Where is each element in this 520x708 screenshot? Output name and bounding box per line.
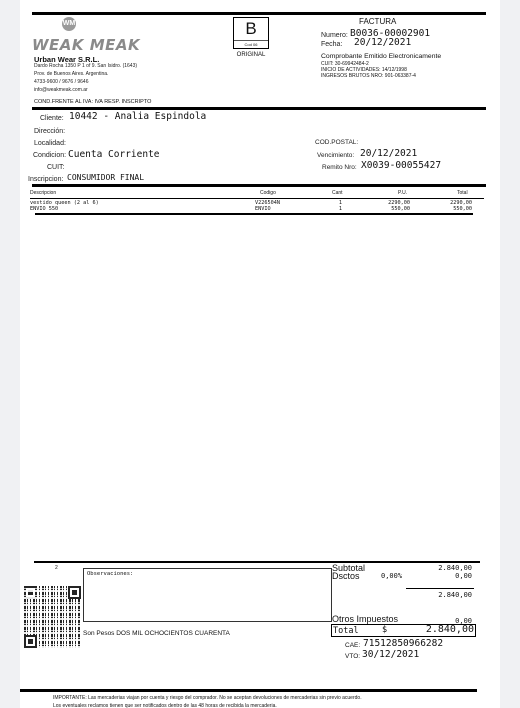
subtotal-value: 2.840,00 <box>420 564 472 572</box>
company-province: Prov. de Buenos Aires. Argentina. <box>34 71 108 77</box>
total-value: 2.840,00 <box>412 624 474 635</box>
net-rule <box>406 588 474 589</box>
company-email: info@weakmeak.com.ar <box>34 87 88 93</box>
discount-pct: 0,00% <box>381 572 402 580</box>
total-label: Total <box>333 626 359 636</box>
other-taxes-label: Otros Impuestos <box>332 615 398 623</box>
row-description: ENVIO 550 <box>30 206 58 212</box>
row-total: 550,00 <box>432 206 472 212</box>
client-top-rule <box>32 107 486 110</box>
net-value: 2.840,00 <box>420 591 472 599</box>
registration-value: CONSUMIDOR FINAL <box>67 173 144 182</box>
postal-label: COD.POSTAL: <box>315 139 358 146</box>
page-number: 2 <box>55 565 58 571</box>
col-header-code: Codigo <box>260 190 276 196</box>
rows-bottom-rule <box>35 213 473 215</box>
invoice-date: 20/12/2021 <box>354 37 411 48</box>
observations-box: Observaciones: <box>83 568 332 622</box>
copy-label: ORIGINAL <box>233 52 269 58</box>
gross-income: INGRESOS BRUTOS NRO: 901-063387-4 <box>321 73 416 79</box>
client-cuit-label: CUIT: <box>47 164 65 171</box>
col-header-qty: Cant <box>332 190 343 196</box>
qr-code[interactable] <box>24 586 81 648</box>
due-value: 20/12/2021 <box>360 148 417 159</box>
condition-value: Cuenta Corriente <box>68 149 160 160</box>
vto-label: VTO: <box>345 653 360 660</box>
header-rule <box>30 198 484 199</box>
remito-label: Remito Nro: <box>322 164 357 171</box>
invoice-type-box: B Cod 06 <box>233 17 269 49</box>
invoice-number-label: Numero: <box>321 32 348 39</box>
notice-rule <box>20 689 477 692</box>
row-unit-price: 550,00 <box>370 206 410 212</box>
client-label: Cliente: <box>40 115 64 122</box>
discount-label: Dsctos <box>332 572 360 580</box>
invoice-type-code: Cod 06 <box>234 40 268 48</box>
invoice-date-label: Fecha: <box>321 41 342 48</box>
registration-label: Inscripcion: <box>28 176 63 183</box>
company-address: Dardo Rocha 1350 P 1 of 9. San Isidro. (… <box>34 63 137 69</box>
notice-line-1: IMPORTANTE: Las mercaderias viajan por c… <box>53 695 362 701</box>
observations-label: Observaciones: <box>87 571 133 577</box>
due-label: Vencimiento: <box>317 152 354 159</box>
address-label: Dirección: <box>34 128 65 135</box>
company-phones: 4733-9600 / 9676 / 9646 <box>34 79 89 85</box>
client-value: 10442 - Analia Espindola <box>69 111 206 122</box>
row-qty: 1 <box>322 206 342 212</box>
iva-condition: COND.FRENTE AL IVA: IVA RESP. INSCRIPTO <box>34 99 151 105</box>
vto-value: 30/12/2021 <box>362 649 419 660</box>
invoice-page: WM WEAK MEAK Urban Wear S.R.L. Dardo Roc… <box>20 0 500 708</box>
discount-value: 0,00 <box>420 572 472 580</box>
row-code: ENVIO <box>255 206 271 212</box>
col-header-unit-price: P.U. <box>398 190 407 196</box>
col-header-total: Total <box>457 190 468 196</box>
table-top-rule <box>32 184 486 187</box>
invoice-letter: B <box>234 19 268 39</box>
logo-icon: WM <box>62 17 76 31</box>
company-logo: WEAK MEAK <box>32 36 140 54</box>
col-header-description: Descripcion <box>30 190 56 196</box>
amount-in-words: Son Pesos DOS MIL OCHOCIENTOS CUARENTA <box>83 630 230 637</box>
electronic-note: Comprobante Emitido Electronicamente <box>321 53 441 60</box>
cae-label: CAE: <box>345 642 360 649</box>
footer-top-rule <box>34 561 480 563</box>
condition-label: Condicion: <box>33 152 66 159</box>
cae-value: 71512850966282 <box>363 638 443 649</box>
total-box: Total $ 2.840,00 <box>331 624 476 637</box>
remito-value: X0039-00055427 <box>361 160 441 171</box>
total-currency: $ <box>382 625 387 635</box>
locality-label: Localidad: <box>34 140 66 147</box>
top-rule <box>32 12 486 15</box>
notice-line-2: Los eventuales reclamos tienen que ser n… <box>53 703 277 708</box>
invoice-title: FACTURA <box>359 17 396 26</box>
